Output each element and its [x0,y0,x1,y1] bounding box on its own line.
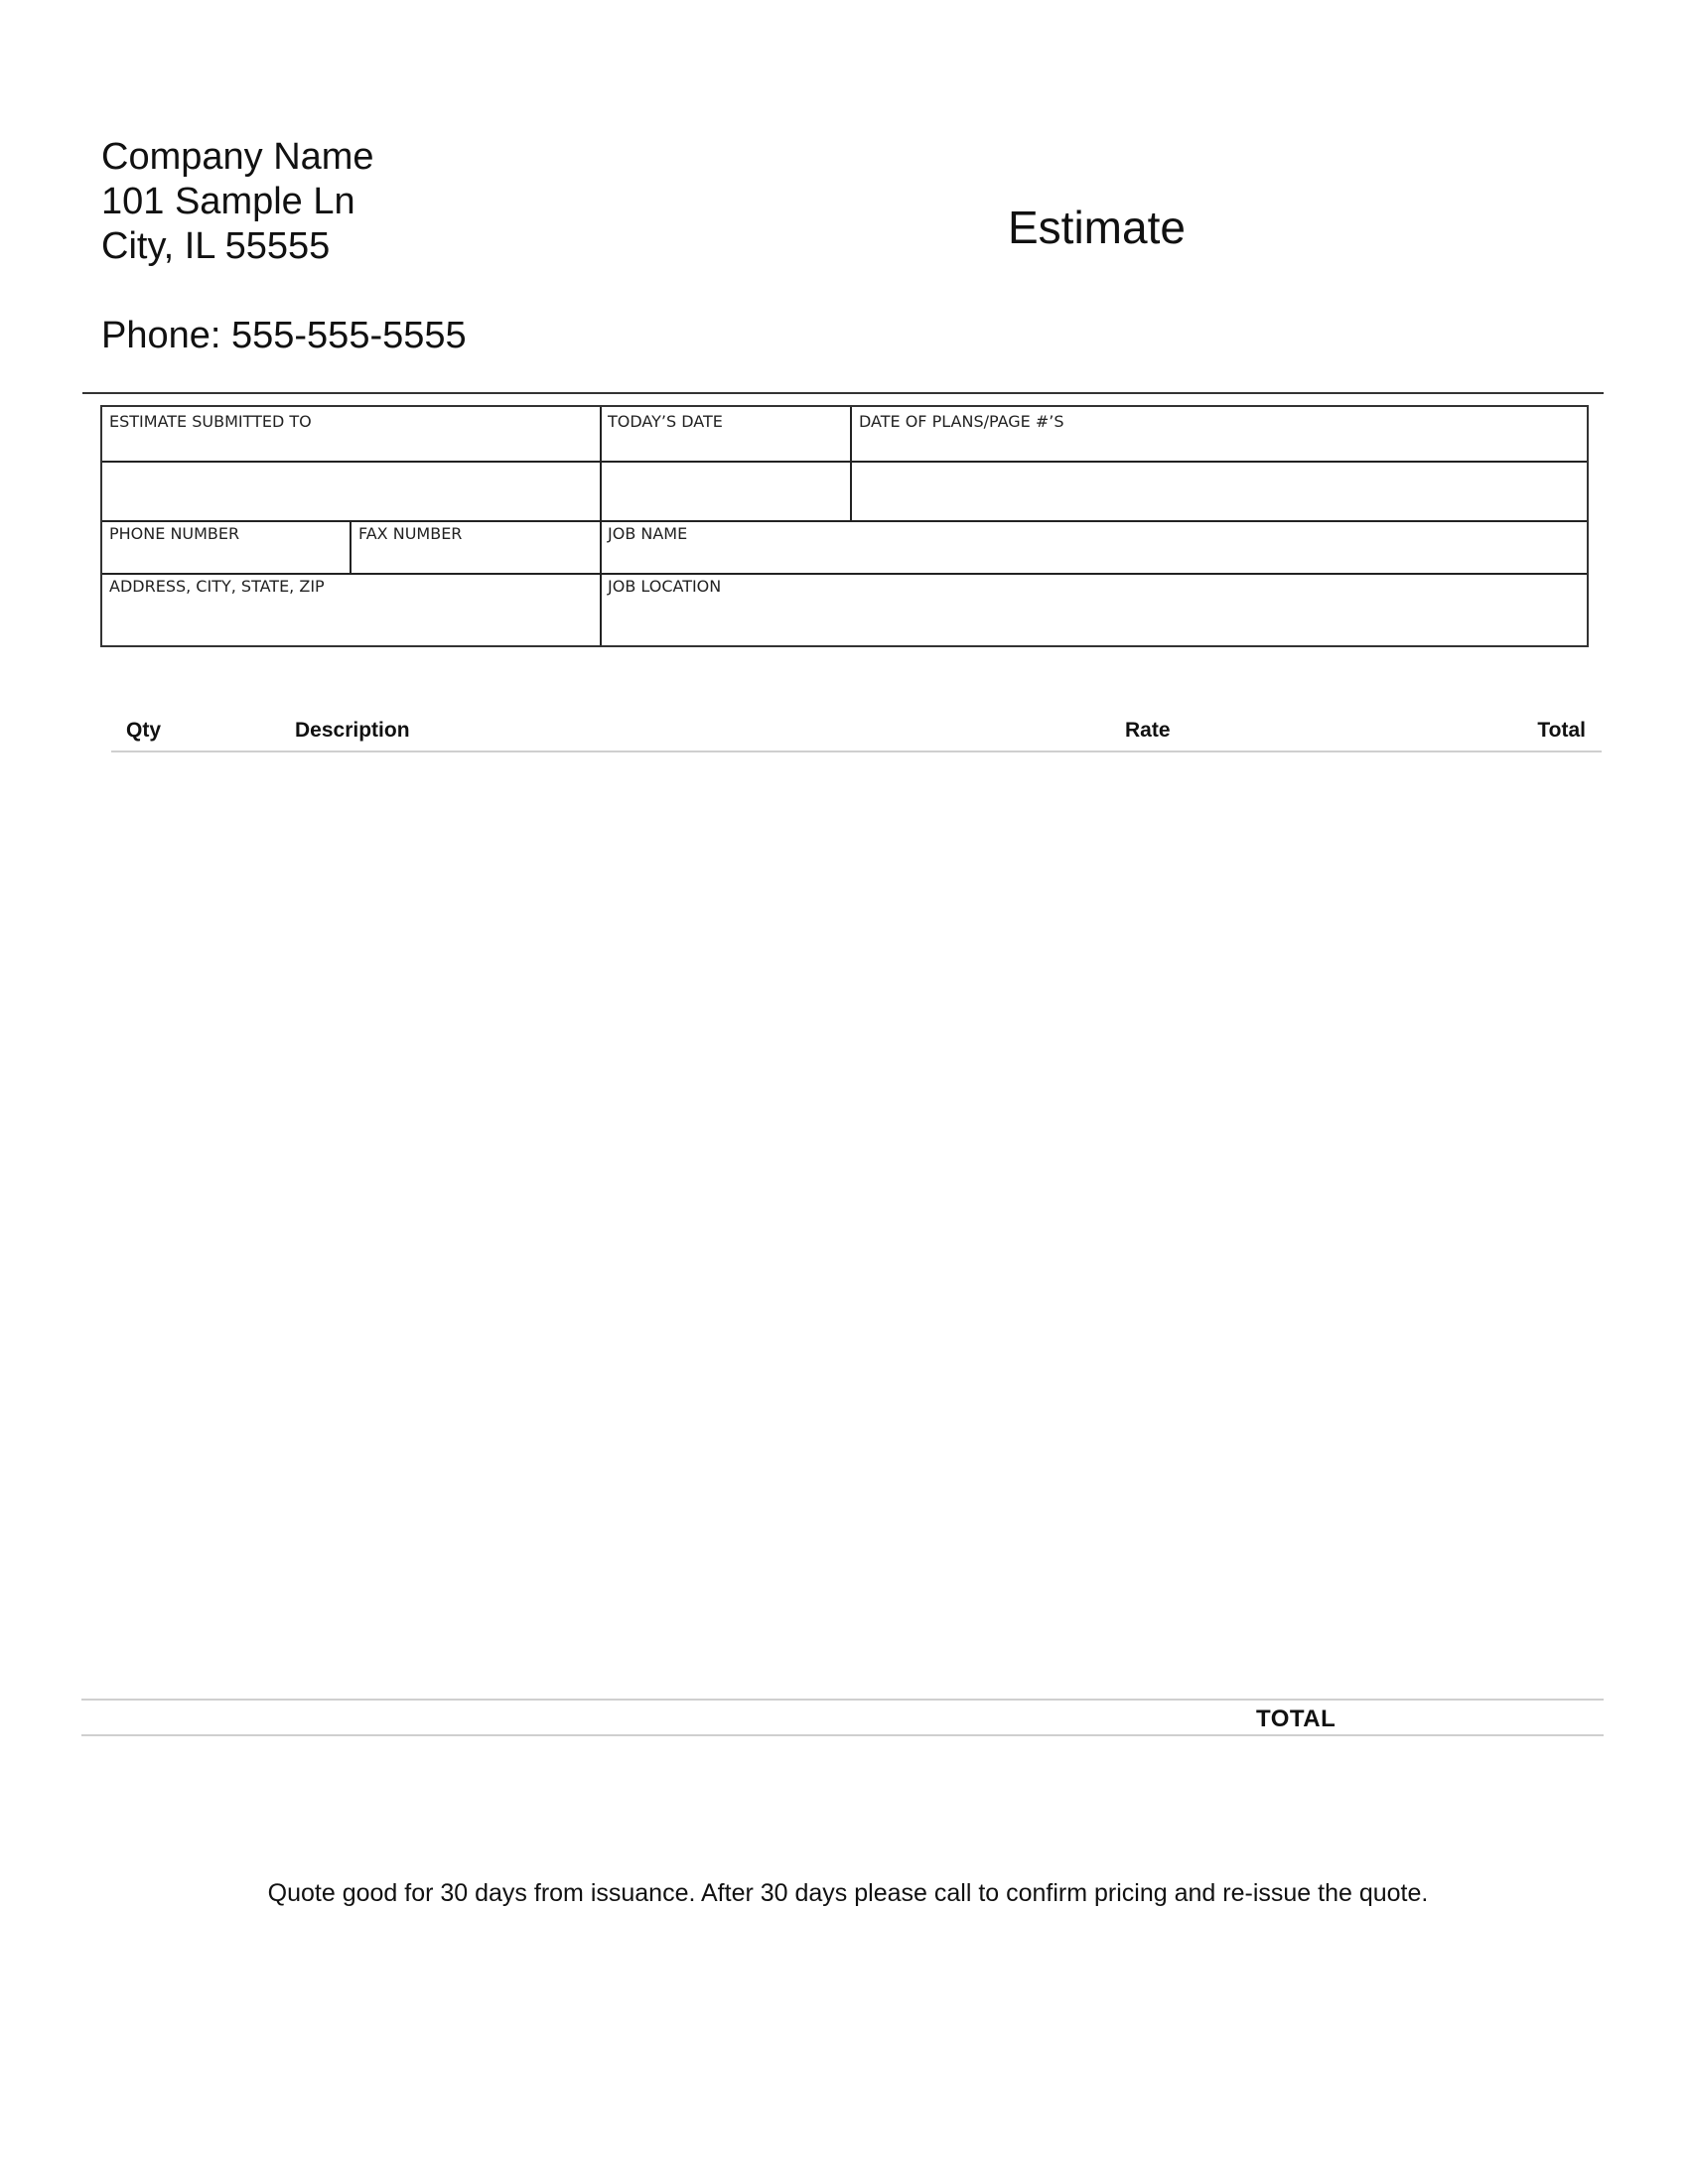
phone-number-label: PHONE NUMBER [109,526,239,542]
total-label: TOTAL [1256,1707,1336,1731]
total-bottom-divider [81,1734,1604,1736]
fax-number-field[interactable]: FAX NUMBER [352,522,600,573]
document-title: Estimate [1008,205,1186,250]
column-header-rate: Rate [1125,720,1171,741]
column-header-total: Total [1390,720,1586,741]
total-top-divider [81,1699,1604,1701]
estimate-submitted-to-label-cell: ESTIMATE SUBMITTED TO [102,407,600,461]
column-header-qty: Qty [126,720,161,741]
todays-date-field[interactable] [602,463,850,520]
estimate-submitted-to-label: ESTIMATE SUBMITTED TO [109,414,312,430]
header-divider [82,392,1604,394]
todays-date-label-cell: TODAY’S DATE [602,407,850,461]
job-location-field[interactable]: JOB LOCATION [602,575,1587,645]
estimate-info-table: ESTIMATE SUBMITTED TO TODAY’S DATE DATE … [100,405,1589,647]
line-items-area[interactable] [111,754,1602,1688]
company-address-line2: City, IL 55555 [101,224,330,269]
total-value [1370,1707,1584,1731]
job-name-label: JOB NAME [608,526,687,542]
company-address-line1: 101 Sample Ln [101,180,355,224]
date-of-plans-label: DATE OF PLANS/PAGE #’S [859,414,1064,430]
column-header-description: Description [295,720,410,741]
quote-validity-note: Quote good for 30 days from issuance. Af… [0,1881,1688,1906]
company-name: Company Name [101,135,374,180]
address-label: ADDRESS, CITY, STATE, ZIP [109,579,325,595]
fax-number-label: FAX NUMBER [358,526,462,542]
phone-number-field[interactable]: PHONE NUMBER [102,522,350,573]
date-of-plans-field[interactable] [852,463,1587,520]
company-phone: Phone: 555-555-5555 [101,314,467,358]
todays-date-label: TODAY’S DATE [608,414,723,430]
address-field[interactable]: ADDRESS, CITY, STATE, ZIP [102,575,600,645]
estimate-submitted-to-field[interactable] [102,463,600,520]
items-header-divider [111,751,1602,752]
job-name-field[interactable]: JOB NAME [602,522,1587,573]
job-location-label: JOB LOCATION [608,579,721,595]
date-of-plans-label-cell: DATE OF PLANS/PAGE #’S [852,407,1587,461]
